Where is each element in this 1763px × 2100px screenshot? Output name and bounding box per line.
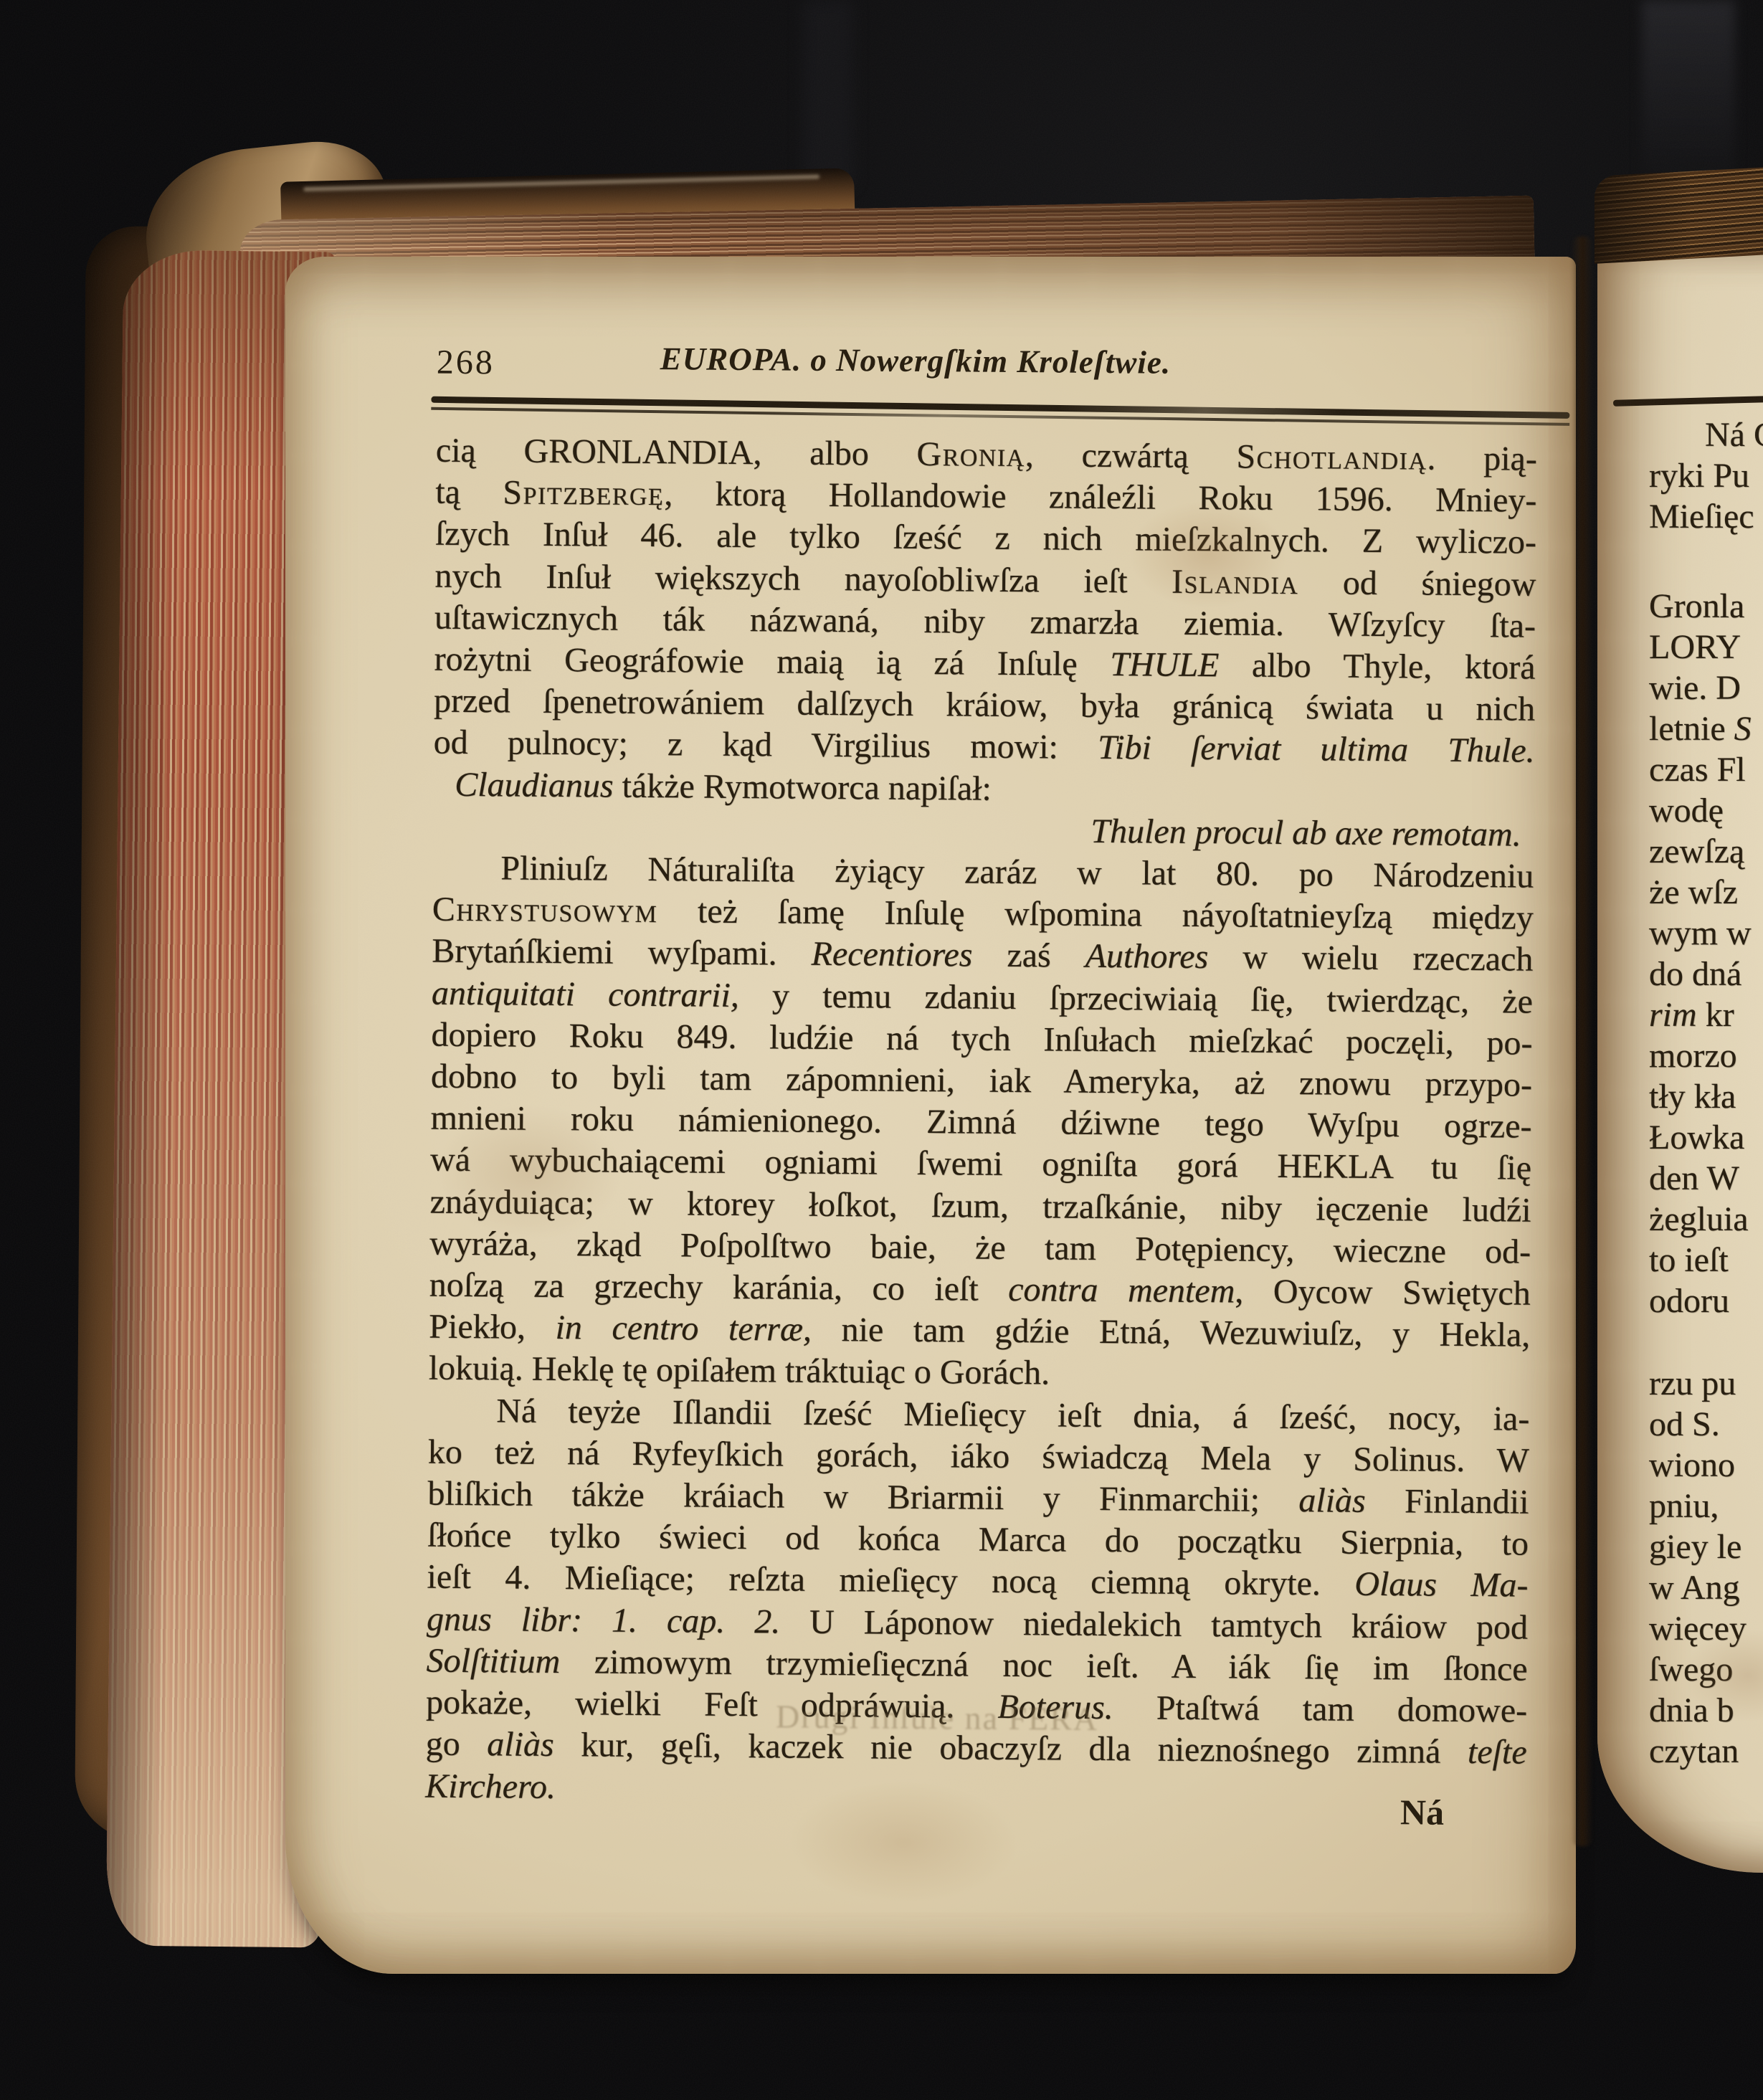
gutter-crease xyxy=(1572,237,1593,1846)
text-segment: teſte xyxy=(1468,1733,1527,1772)
text-segment: wym w xyxy=(1649,914,1752,952)
text-segment: w Ang xyxy=(1649,1569,1740,1607)
text-segment: wá wybuchaiącemi ogniami ſwemi ogniſta g… xyxy=(430,1141,1531,1187)
text-line: ryki Pu xyxy=(1649,455,1763,496)
text-segment: Tibi ſerviat ultima Thule. xyxy=(1098,728,1535,770)
text-line: rim kr xyxy=(1649,994,1763,1035)
text-segment: mnieni roku námienionego. Zimná dźiwne t… xyxy=(430,1099,1531,1146)
text-segment: tły kła xyxy=(1649,1078,1736,1116)
text-line: Kirchero. xyxy=(425,1765,1526,1815)
text-segment: cią GRONLANDIA, albo xyxy=(436,432,917,473)
text-segment: dopiero Roku 849. ludźie ná tych Inſułac… xyxy=(431,1015,1532,1062)
text-segment: y temu zdaniu ſprzeciwiaią ſię, twierdzą… xyxy=(739,977,1533,1021)
text-segment: zewſzą xyxy=(1649,832,1744,870)
text-segment: pniu, xyxy=(1649,1487,1719,1525)
text-segment: . pią- xyxy=(1427,440,1537,478)
header-rule xyxy=(431,396,1569,426)
background-seam xyxy=(803,0,853,186)
text-segment: więcey xyxy=(1649,1610,1747,1648)
text-segment: albo Thyle, ktorá xyxy=(1219,646,1536,686)
text-line: w Ang xyxy=(1649,1567,1763,1608)
text-segment: nych Inſuł większych nayoſobliwſza ieſt xyxy=(434,556,1172,600)
text-segment: wodę xyxy=(1649,792,1724,830)
text-segment: ko też ná Ryfeyſkich gorách, iáko świadc… xyxy=(428,1433,1529,1479)
text-segment: U Láponow niedalekich tamtych kráiow pod xyxy=(780,1602,1528,1646)
left-page-body-text: cią GRONLANDIA, albo Gronią, czwártą Sch… xyxy=(425,430,1537,1816)
text-segment: Ptaſtwá tam domowe- xyxy=(1113,1688,1528,1730)
text-line: wodę xyxy=(1649,790,1763,831)
text-segment: od S. xyxy=(1649,1405,1720,1443)
text-segment: Ná teyże Iſlandii ſześć Mieſięcy ieſt dn… xyxy=(496,1392,1529,1438)
text-segment: odoru xyxy=(1649,1282,1729,1320)
text-line: morzo xyxy=(1649,1035,1763,1076)
text-segment: ſzych Inſuł 46. ale tylko ſześć z nich m… xyxy=(435,515,1536,561)
text-line: że wſz xyxy=(1649,872,1763,913)
text-segment: rożytni Geográfowie maią ią zá Inſulę xyxy=(434,640,1110,683)
right-page: Ná Gryki PuMieſięcGronlaLORYwie. Dletnie… xyxy=(1597,231,1763,1873)
text-line: to ieſt xyxy=(1649,1240,1763,1281)
text-line: żegluia xyxy=(1649,1199,1763,1240)
text-line: letnie S xyxy=(1649,708,1763,749)
left-page: 268 EUROPA. o Nowergſkim Kroleſtwie. cią… xyxy=(285,257,1576,1974)
text-segment: Gronią xyxy=(916,435,1025,474)
text-segment: rim xyxy=(1649,996,1697,1034)
page-number: 268 xyxy=(437,343,495,383)
text-segment: , Oycow Swiętych xyxy=(1235,1273,1531,1313)
text-segment: czytan xyxy=(1649,1732,1739,1770)
text-segment: nie tam gdźie Etná, Wezuwiuſz, y Hekla, xyxy=(812,1311,1531,1354)
text-segment: aliàs xyxy=(1298,1481,1366,1520)
text-segment: że wſz xyxy=(1649,873,1738,911)
text-line: zewſzą xyxy=(1649,831,1763,872)
text-segment: do dná xyxy=(1649,955,1741,993)
text-segment: dnia b xyxy=(1649,1691,1734,1729)
text-segment: tą xyxy=(435,473,503,512)
text-segment: dobno to byli tam zápomnieni, iak Ameryk… xyxy=(431,1058,1532,1104)
text-segment: den W xyxy=(1649,1159,1739,1197)
text-segment: , czwártą xyxy=(1025,436,1237,475)
text-segment: Ná G xyxy=(1705,416,1763,454)
text-segment: uſtawicznych ták názwaná, niby zmarzła z… xyxy=(434,598,1536,645)
text-segment: letnie xyxy=(1649,710,1734,748)
text-segment: znáyduiąca; w ktorey łoſkot, ſzum, trzaſ… xyxy=(429,1182,1531,1229)
text-segment: gnus libr: 1. cap. 2. xyxy=(427,1600,781,1640)
text-line: rzu pu xyxy=(1649,1363,1763,1404)
text-line: tły kła xyxy=(1649,1076,1763,1117)
text-segment: to ieſt xyxy=(1649,1241,1729,1279)
text-line: więcey xyxy=(1649,1608,1763,1649)
text-segment: contra mentem xyxy=(1008,1270,1235,1310)
text-line: czas Fl xyxy=(1649,749,1763,790)
text-segment: LORY xyxy=(1649,628,1741,666)
text-segment: Authores xyxy=(1085,937,1209,976)
right-header-rule xyxy=(1613,394,1763,407)
text-segment: Piekło, xyxy=(429,1308,556,1346)
text-segment: Kirchero. xyxy=(425,1767,556,1805)
text-segment: czas Fl xyxy=(1649,751,1746,789)
text-segment: wyráża, zkąd Poſpolſtwo baie, że tam Pot… xyxy=(429,1224,1531,1270)
text-segment: aliàs xyxy=(487,1726,554,1764)
text-segment: Finlandii xyxy=(1366,1482,1529,1521)
text-segment: Schotlandią xyxy=(1236,437,1427,477)
text-segment: noſzą za grzechy karánia, co ieſt xyxy=(429,1266,1009,1308)
text-segment: Olaus Ma- xyxy=(1354,1565,1529,1605)
text-line: pniu, xyxy=(1649,1486,1763,1526)
text-segment: bliſkich tákże kráiach w Briarmii y Finm… xyxy=(427,1475,1298,1520)
text-line: wym w xyxy=(1649,913,1763,954)
text-segment: zaś xyxy=(972,936,1085,975)
left-page-content: 268 EUROPA. o Nowergſkim Kroleſtwie. cią… xyxy=(272,257,1576,1984)
book-photo-scene: 268 EUROPA. o Nowergſkim Kroleſtwie. cią… xyxy=(0,0,1763,2100)
text-segment: ſłońce tylko świeci od końca Marca do po… xyxy=(427,1516,1529,1563)
text-segment: lokuią. Heklę tę opiſałem tráktuiąc o Go… xyxy=(429,1349,1050,1392)
text-segment: wie. D xyxy=(1649,669,1741,707)
text-line: od S. xyxy=(1649,1404,1763,1445)
text-segment: morzo xyxy=(1649,1037,1737,1075)
text-segment: kr xyxy=(1697,996,1734,1034)
text-segment: Islandia xyxy=(1172,562,1299,601)
text-line: do dná xyxy=(1649,954,1763,994)
text-segment: Łowka xyxy=(1649,1118,1744,1156)
right-page-body-text: Ná Gryki PuMieſięcGronlaLORYwie. Dletnie… xyxy=(1649,414,1763,1772)
text-segment: giey le xyxy=(1649,1528,1741,1566)
text-segment: tákże Rymotworca napiſał: xyxy=(613,766,992,807)
text-segment: THULE xyxy=(1110,645,1219,684)
text-segment: , ktorą Hollandowie ználeźli Roku 1596. … xyxy=(664,475,1536,520)
text-line: Ná G xyxy=(1649,414,1763,455)
text-line: odoru xyxy=(1649,1281,1763,1321)
text-line: wie. D xyxy=(1649,667,1763,708)
ghost-text-line: Drugi Inſule na FERA xyxy=(776,1697,1099,1738)
text-line: den W xyxy=(1649,1158,1763,1199)
text-line: wiono xyxy=(1649,1445,1763,1486)
text-segment: in centro terræ, xyxy=(555,1308,812,1349)
text-line: Claudianus tákże Rymotworca napiſał: xyxy=(433,764,1534,814)
text-line: dnia b xyxy=(1649,1690,1763,1731)
text-segment: antiquitati contrarii, xyxy=(432,974,739,1014)
text-segment: Gronla xyxy=(1649,587,1744,625)
text-segment: też ſamę Inſulę wſpomina náyoſtatnieyſzą… xyxy=(657,892,1534,937)
text-segment: Mieſięc xyxy=(1649,498,1754,536)
text-segment: przed ſpenetrowániem dalſzych kráiow, by… xyxy=(434,682,1535,728)
text-line: LORY xyxy=(1649,627,1763,667)
text-segment: od pulnocy; z kąd Virgilius mowi: xyxy=(433,723,1098,766)
text-segment: zimowym trzymieſięczná noc ieſt. A iák ſ… xyxy=(560,1643,1528,1688)
text-segment: wiono xyxy=(1649,1446,1735,1484)
text-segment: Spitzbergę xyxy=(503,474,664,513)
text-segment: S xyxy=(1734,710,1752,748)
catchword: Ná xyxy=(1400,1791,1445,1833)
text-segment: ſwego xyxy=(1649,1650,1733,1688)
text-segment: Claudianus xyxy=(455,766,614,805)
text-line: Mieſięc xyxy=(1649,496,1763,537)
text-segment: Recentiores xyxy=(811,935,972,974)
text-line: Gronla xyxy=(1649,586,1763,627)
text-segment: ryki Pu xyxy=(1649,457,1749,495)
text-segment: żegluia xyxy=(1649,1200,1749,1238)
text-segment: rzu pu xyxy=(1649,1364,1736,1402)
text-segment: Brytańſkiemi wyſpami. xyxy=(432,932,812,973)
text-segment: Chrystusowym xyxy=(432,890,658,930)
text-segment: ieſt 4. Mieſiące; reſzta mieſięcy nocą c… xyxy=(427,1558,1354,1603)
text-segment: Solſtitium xyxy=(426,1641,560,1680)
text-line: ſwego xyxy=(1649,1649,1763,1690)
right-page-top-edge xyxy=(1595,165,1763,264)
text-line: Łowka xyxy=(1649,1117,1763,1158)
text-line: czytan xyxy=(1649,1731,1763,1772)
text-segment: Thulen procul ab axe remotam. xyxy=(1090,812,1521,854)
running-title: EUROPA. o Nowergſkim Kroleſtwie. xyxy=(500,338,1331,382)
text-segment: w wielu rzeczach xyxy=(1208,939,1534,979)
text-line: giey le xyxy=(1649,1526,1763,1567)
bleed-through-text: Drugi Inſule na FERA xyxy=(285,257,1576,267)
text-segment: Pliniuſz Náturaliſta żyiący zaráz w lat … xyxy=(500,849,1534,895)
text-segment: od śniegow xyxy=(1298,564,1536,604)
text-segment: go xyxy=(426,1725,488,1764)
